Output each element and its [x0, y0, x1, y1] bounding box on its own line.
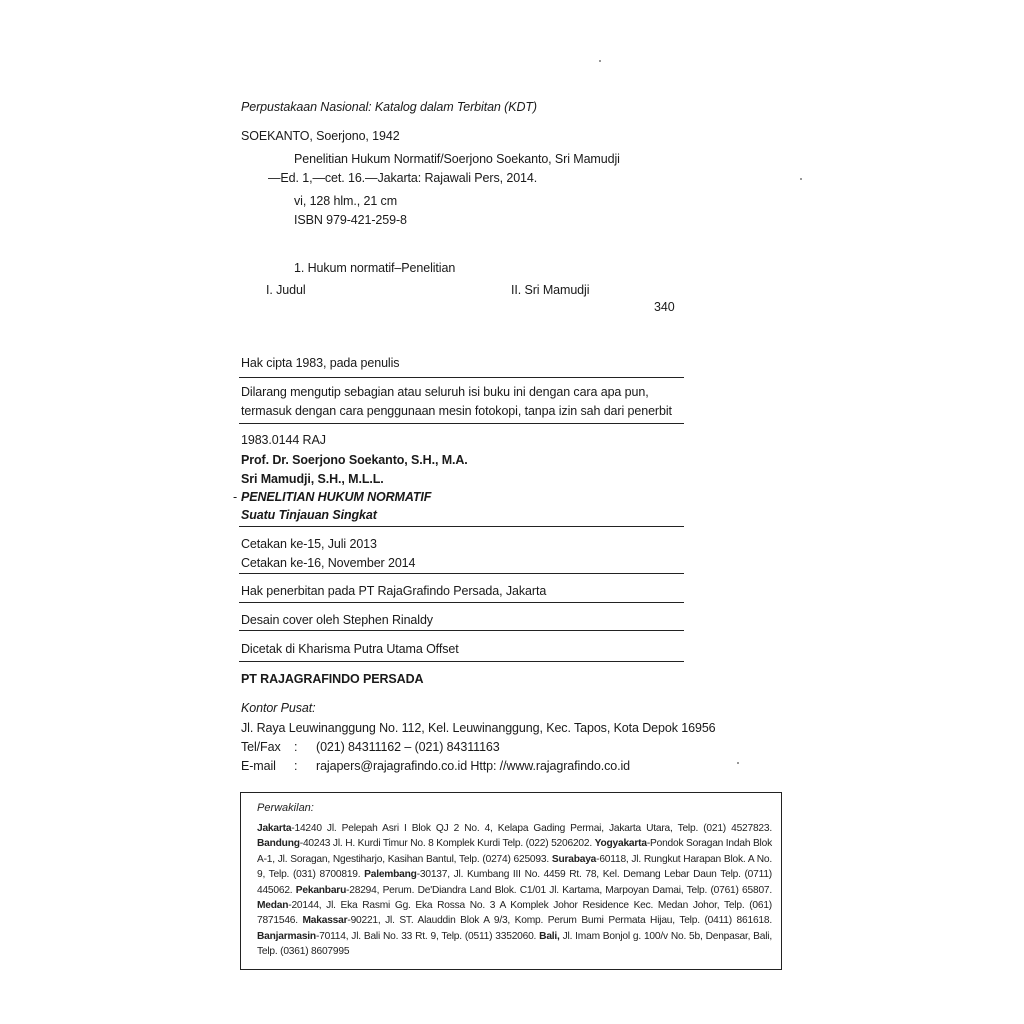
copyright-warning-line-1: Dilarang mengutip sebagian atau seluruh … [241, 385, 649, 399]
kdt-edition-line: —Ed. 1,—cet. 16.—Jakarta: Rajawali Pers,… [268, 171, 537, 185]
scan-speck [737, 762, 739, 764]
divider [239, 526, 684, 527]
branch-address: -28294, Perum. De'Diandra Land Blok. C1/… [346, 885, 772, 896]
divider [239, 423, 684, 424]
printing-15: Cetakan ke-15, Juli 2013 [241, 537, 377, 551]
publisher-name: PT RAJAGRAFINDO PERSADA [241, 672, 423, 686]
email-separator: : [294, 759, 297, 773]
book-code: 1983.0144 RAJ [241, 433, 326, 447]
printing-16: Cetakan ke-16, November 2014 [241, 556, 415, 570]
copyright-page: Perpustakaan Nasional: Katalog dalam Ter… [0, 0, 1024, 1024]
scan-speck [599, 60, 601, 62]
branch-city: Surabaya [552, 854, 596, 865]
publishing-rights: Hak penerbitan pada PT RajaGrafindo Pers… [241, 584, 546, 598]
branch-city: Bandung [257, 838, 300, 849]
scan-dash-mark: - [233, 490, 237, 504]
head-office-address: Jl. Raya Leuwinanggung No. 112, Kel. Leu… [241, 721, 716, 735]
branches-list: Jakarta-14240 Jl. Pelepah Asri I Blok QJ… [257, 821, 772, 960]
branches-box: Perwakilan: Jakarta-14240 Jl. Pelepah As… [240, 792, 782, 970]
kdt-added-entry-title: I. Judul [266, 283, 306, 297]
branch-address: -14240 Jl. Pelepah Asri I Blok QJ 2 No. … [291, 823, 772, 834]
kdt-pages-line: vi, 128 hlm., 21 cm [294, 194, 397, 208]
book-author-1: Prof. Dr. Soerjono Soekanto, S.H., M.A. [241, 453, 468, 467]
kdt-heading: Perpustakaan Nasional: Katalog dalam Ter… [241, 100, 537, 114]
telfax-label: Tel/Fax [241, 740, 281, 754]
cover-design-credit: Desain cover oleh Stephen Rinaldy [241, 613, 433, 627]
branch-address: -90221, Jl. ST. Alauddin Blok A 9/3, Kom… [347, 915, 772, 926]
kdt-isbn-line: ISBN 979-421-259-8 [294, 213, 407, 227]
head-office-label: Kontor Pusat: [241, 701, 315, 715]
divider [239, 661, 684, 662]
printer-credit: Dicetak di Kharisma Putra Utama Offset [241, 642, 459, 656]
email-label: E-mail [241, 759, 276, 773]
kdt-added-entry-coauthor: II. Sri Mamudji [511, 283, 589, 297]
branches-title: Perwakilan: [257, 802, 314, 814]
branch-city: Pekanbaru [296, 885, 346, 896]
branch-address: -70114, Jl. Bali No. 33 Rt. 9, Telp. (05… [316, 931, 536, 942]
branch-city: Makassar [303, 915, 348, 926]
kdt-subject-line: 1. Hukum normatif–Penelitian [294, 261, 455, 275]
divider [239, 630, 684, 631]
divider [239, 573, 684, 574]
branch-entry: Makassar-90221, Jl. ST. Alauddin Blok A … [303, 915, 772, 926]
branch-city: Yogyakarta [595, 838, 647, 849]
book-author-2: Sri Mamudji, S.H., M.L.L. [241, 472, 384, 486]
copyright-line: Hak cipta 1983, pada penulis [241, 356, 399, 370]
telfax-separator: : [294, 740, 297, 754]
branch-address: -40243 Jl. H. Kurdi Timur No. 8 Komplek … [300, 838, 592, 849]
branch-city: Banjarmasin [257, 931, 316, 942]
branch-city: Medan [257, 900, 288, 911]
copyright-warning-line-2: termasuk dengan cara penggunaan mesin fo… [241, 404, 672, 418]
kdt-title-line: Penelitian Hukum Normatif/Soerjono Soeka… [294, 152, 620, 166]
kdt-class-number: 340 [654, 300, 675, 314]
kdt-author-entry: SOEKANTO, Soerjono, 1942 [241, 129, 400, 143]
branch-entry: Pekanbaru-28294, Perum. De'Diandra Land … [296, 885, 772, 896]
telfax-value: (021) 84311162 – (021) 84311163 [316, 740, 500, 754]
branch-entry: Bandung-40243 Jl. H. Kurdi Timur No. 8 K… [257, 838, 592, 849]
branch-city: Jakarta [257, 823, 291, 834]
branch-city: Palembang [364, 869, 417, 880]
divider [239, 602, 684, 603]
scan-speck [800, 178, 802, 180]
divider [239, 377, 684, 378]
book-subtitle: Suatu Tinjauan Singkat [241, 508, 377, 522]
email-and-website: rajapers@rajagrafindo.co.id Http: //www.… [316, 759, 630, 773]
branch-entry: Jakarta-14240 Jl. Pelepah Asri I Blok QJ… [257, 823, 772, 834]
branch-city: Bali, [539, 931, 560, 942]
book-title: PENELITIAN HUKUM NORMATIF [241, 490, 431, 504]
branch-entry: Banjarmasin-70114, Jl. Bali No. 33 Rt. 9… [257, 931, 536, 942]
